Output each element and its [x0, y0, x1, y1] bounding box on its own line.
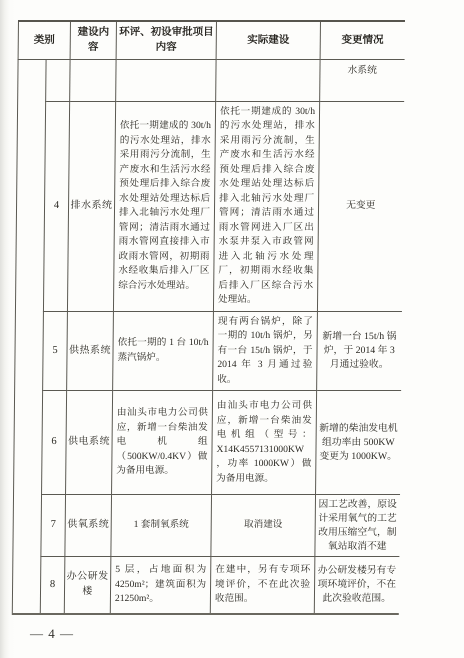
row8-change-cell: 办公研发楼另有专项环境评价，不在此次验收范围。	[314, 557, 399, 614]
row8-actual-cell: 在建中，另有专项环境评价，不在此次验收范围。	[210, 557, 315, 614]
table-row-office-building: 8 办公研发楼 5 层，占地面积为 4250m²；建筑面积为 21250m²。 …	[12, 557, 399, 614]
header-category: 类别	[18, 21, 70, 59]
row8-name-cell: 办公研发楼	[64, 557, 111, 614]
continuation-row: 水系统	[18, 59, 404, 101]
continuation-approved-cell-empty	[116, 59, 216, 101]
table-row-drainage: 4 排水系统 依托一期建成的 30t/h 的污水处理站，排水采用雨污分流制，生产…	[15, 101, 403, 311]
row7-number-cell: 7	[41, 495, 66, 557]
row7-change-cell: 因工艺改善，原设计采用氧气的工艺改用压缩空气，制氧站取消不建	[315, 495, 400, 557]
row8-number-cell: 8	[40, 557, 65, 614]
header-actual-construction: 实际建设	[216, 21, 320, 59]
header-change-status: 变更情况	[320, 21, 404, 59]
continuation-change-cell: 水系统	[320, 59, 404, 101]
row5-change-cell: 新增一台 15t/h 锅炉，于 2014 年 3 月通过验收。	[317, 311, 402, 391]
row6-actual-cell: 由汕头市电力公司供应，新增一台柴油发电机组（型号：X14K4557131000K…	[212, 391, 317, 495]
row6-approved-cell: 由汕头市电力公司供应，新增一台柴油发电机组（500KW/0.4KV）做为备用电源…	[112, 391, 213, 495]
table-row-heating: 5 供热系统 依托一期的 1 台 10t/h 蒸汽锅炉。 现有两台锅炉，除了一期…	[15, 311, 402, 391]
row7-actual-cell: 取消建设	[211, 495, 316, 557]
continuation-number-cell-empty	[46, 59, 70, 101]
row5-approved-cell: 依托一期的 1 台 10t/h 蒸汽锅炉。	[113, 311, 214, 391]
row4-name-cell: 排水系统	[67, 101, 115, 311]
row4-actual-cell: 依托一期建成的 30t/h 的污水处理站，排水采用雨污分流制，生产废水和生活污水…	[213, 101, 319, 311]
continuation-actual-cell-empty	[216, 59, 320, 101]
table-row-oxygen: 7 供氧系统 1 套制氧系统 取消建设 因工艺改善，原设计采用氧气的工艺改用压缩…	[13, 495, 400, 557]
continuation-name-cell-empty	[70, 59, 116, 101]
row4-approved-cell: 依托一期建成的 30t/h 的污水处理站，排水采用雨污分流制，生产废水和生活污水…	[113, 101, 215, 311]
header-construction-content: 建设内容	[70, 21, 116, 59]
row4-number-cell: 4	[43, 101, 69, 311]
page-number: — 4 —	[30, 626, 74, 642]
table-row-power: 6 供电系统 由汕头市电力公司供应，新增一台柴油发电机组（500KW/0.4KV…	[14, 391, 401, 495]
row6-change-cell: 新增的柴油发电机组功率由 500KW 变更为 1000KW。	[316, 391, 401, 495]
row6-name-cell: 供电系统	[66, 391, 113, 495]
header-eia-approved-content: 环评、初设审批项目内容	[116, 21, 216, 59]
row4-change-cell: 无变更	[317, 101, 403, 311]
row6-number-cell: 6	[42, 391, 67, 495]
scanned-document-page: 类别 建设内容 环评、初设审批项目内容 实际建设 变更情况 水系统 4 排水系统…	[0, 0, 464, 658]
row7-approved-cell: 1 套制氧系统	[111, 495, 212, 557]
table-header-row: 类别 建设内容 环评、初设审批项目内容 实际建设 变更情况	[18, 21, 404, 59]
row5-name-cell: 供热系统	[67, 311, 114, 391]
row5-actual-cell: 现有两台锅炉，除了一期的 10t/h 锅炉，另有一台 15t/h 锅炉，于 20…	[213, 311, 318, 391]
row8-approved-cell: 5 层，占地面积为 4250m²；建筑面积为 21250m²。	[110, 557, 211, 614]
construction-change-table: 类别 建设内容 环评、初设审批项目内容 实际建设 变更情况 水系统 4 排水系统…	[12, 20, 405, 615]
row7-name-cell: 供氧系统	[65, 495, 112, 557]
row5-number-cell: 5	[43, 311, 68, 391]
